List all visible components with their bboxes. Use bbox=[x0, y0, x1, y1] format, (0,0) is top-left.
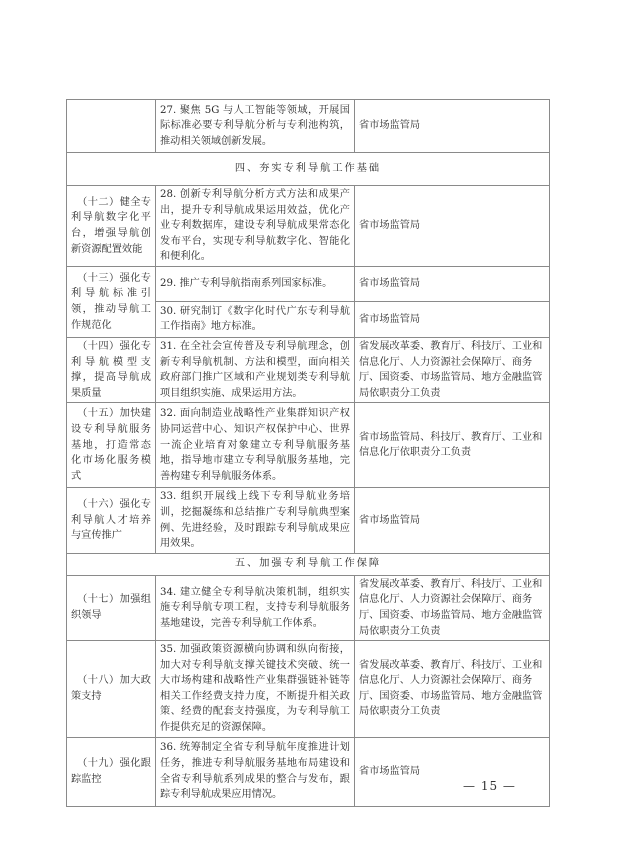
measure-cell: （十三）强化专利导航标准引领，推动导航工作规范化 bbox=[67, 266, 156, 337]
measure-cell bbox=[67, 100, 156, 153]
table-row: （十九）强化跟踪监控 36. 统筹制定全省专利导航年度推进计划任务，推进专利导航… bbox=[67, 737, 550, 806]
task-cell: 31. 在全社会宣传普及专利导航理念，创新专利导航机制、方法和模型，面向相关政府… bbox=[156, 337, 355, 402]
task-cell: 28. 创新专利导航分析方式方法和成果产出，提升专利导航成果运用效益，优化产业专… bbox=[156, 186, 355, 267]
page-number: — 15 — bbox=[463, 779, 516, 793]
task-cell: 27. 聚焦 5G 与人工智能等领域，开展国际标准必要专利导航分析与专利池构筑，… bbox=[156, 100, 355, 153]
table-row: （十八）加大政策支持 35. 加强政策资源横向协调和纵向衔接，加大对专利导航支撑… bbox=[67, 641, 550, 738]
department-cell: 省发展改革委、教育厅、科技厅、工业和信息化厅、人力资源社会保障厅、商务厅、国资委… bbox=[355, 641, 550, 738]
table-row: （十四）强化专利导航模型支撑，提高导航成果质量 31. 在全社会宣传普及专利导航… bbox=[67, 337, 550, 402]
measure-cell: （十二）健全专利导航数字化平台，增强导航创新资源配置效能 bbox=[67, 186, 156, 267]
table-row: （十七）加强组织领导 34. 建立健全专利导航决策机制，组织实施专利导航专项工程… bbox=[67, 575, 550, 640]
department-cell: 省市场监管局 bbox=[355, 737, 550, 806]
task-cell: 29. 推广专利导航指南系列国家标准。 bbox=[156, 266, 355, 301]
measure-cell: （十九）强化跟踪监控 bbox=[67, 737, 156, 806]
department-cell: 省市场监管局、科技厅、教育厅、工业和信息化厅依职责分工负责 bbox=[355, 403, 550, 488]
task-cell: 33. 组织开展线上线下专利导航业务培训，挖掘凝练和总结推广专利导航典型案例、先… bbox=[156, 488, 355, 553]
section-header-four: 四、夯实专利导航工作基础 bbox=[67, 153, 550, 186]
section-header-five: 五、加强专利导航工作保障 bbox=[67, 553, 550, 575]
task-cell: 32. 面向制造业战略性产业集群知识产权协同运营中心、知识产权保护中心、世界一流… bbox=[156, 403, 355, 488]
task-cell: 30. 研究制订《数字化时代广东专利导航工作指南》地方标准。 bbox=[156, 301, 355, 337]
measure-cell: （十五）加快建设专利导航服务基地，打造常态化市场化服务模式 bbox=[67, 403, 156, 488]
department-cell: 省市场监管局 bbox=[355, 186, 550, 267]
table-row: （十二）健全专利导航数字化平台，增强导航创新资源配置效能 28. 创新专利导航分… bbox=[67, 186, 550, 267]
department-cell: 省市场监管局 bbox=[355, 488, 550, 553]
table-row: 27. 聚焦 5G 与人工智能等领域，开展国际标准必要专利导航分析与专利池构筑，… bbox=[67, 100, 550, 153]
table-row: （十六）强化专利导航人才培养与宣传推广 33. 组织开展线上线下专利导航业务培训… bbox=[67, 488, 550, 553]
department-cell: 省市场监管局 bbox=[355, 100, 550, 153]
task-cell: 35. 加强政策资源横向协调和纵向衔接，加大对专利导航支撑关键技术突破、统一大市… bbox=[156, 641, 355, 738]
section-row: 五、加强专利导航工作保障 bbox=[67, 553, 550, 575]
task-cell: 34. 建立健全专利导航决策机制，组织实施专利导航专项工程，支持专利导航服务基地… bbox=[156, 575, 355, 640]
table-row: （十三）强化专利导航标准引领，推动导航工作规范化 29. 推广专利导航指南系列国… bbox=[67, 266, 550, 301]
table-row: （十五）加快建设专利导航服务基地，打造常态化市场化服务模式 32. 面向制造业战… bbox=[67, 403, 550, 488]
measure-cell: （十六）强化专利导航人才培养与宣传推广 bbox=[67, 488, 156, 553]
department-cell: 省市场监管局 bbox=[355, 301, 550, 337]
department-cell: 省发展改革委、教育厅、科技厅、工业和信息化厅、人力资源社会保障厅、商务厅、国资委… bbox=[355, 575, 550, 640]
section-row: 四、夯实专利导航工作基础 bbox=[67, 153, 550, 186]
measure-cell: （十四）强化专利导航模型支撑，提高导航成果质量 bbox=[67, 337, 156, 402]
department-cell: 省发展改革委、教育厅、科技厅、工业和信息化厅、人力资源社会保障厅、商务厅、国资委… bbox=[355, 337, 550, 402]
document-page: 27. 聚焦 5G 与人工智能等领域，开展国际标准必要专利导航分析与专利池构筑，… bbox=[0, 0, 620, 867]
measure-cell: （十八）加大政策支持 bbox=[67, 641, 156, 738]
department-cell: 省市场监管局 bbox=[355, 266, 550, 301]
task-cell: 36. 统筹制定全省专利导航年度推进计划任务，推进专利导航服务基地布局建设和全省… bbox=[156, 737, 355, 806]
measure-cell: （十七）加强组织领导 bbox=[67, 575, 156, 640]
task-table: 27. 聚焦 5G 与人工智能等领域，开展国际标准必要专利导航分析与专利池构筑，… bbox=[66, 99, 550, 807]
